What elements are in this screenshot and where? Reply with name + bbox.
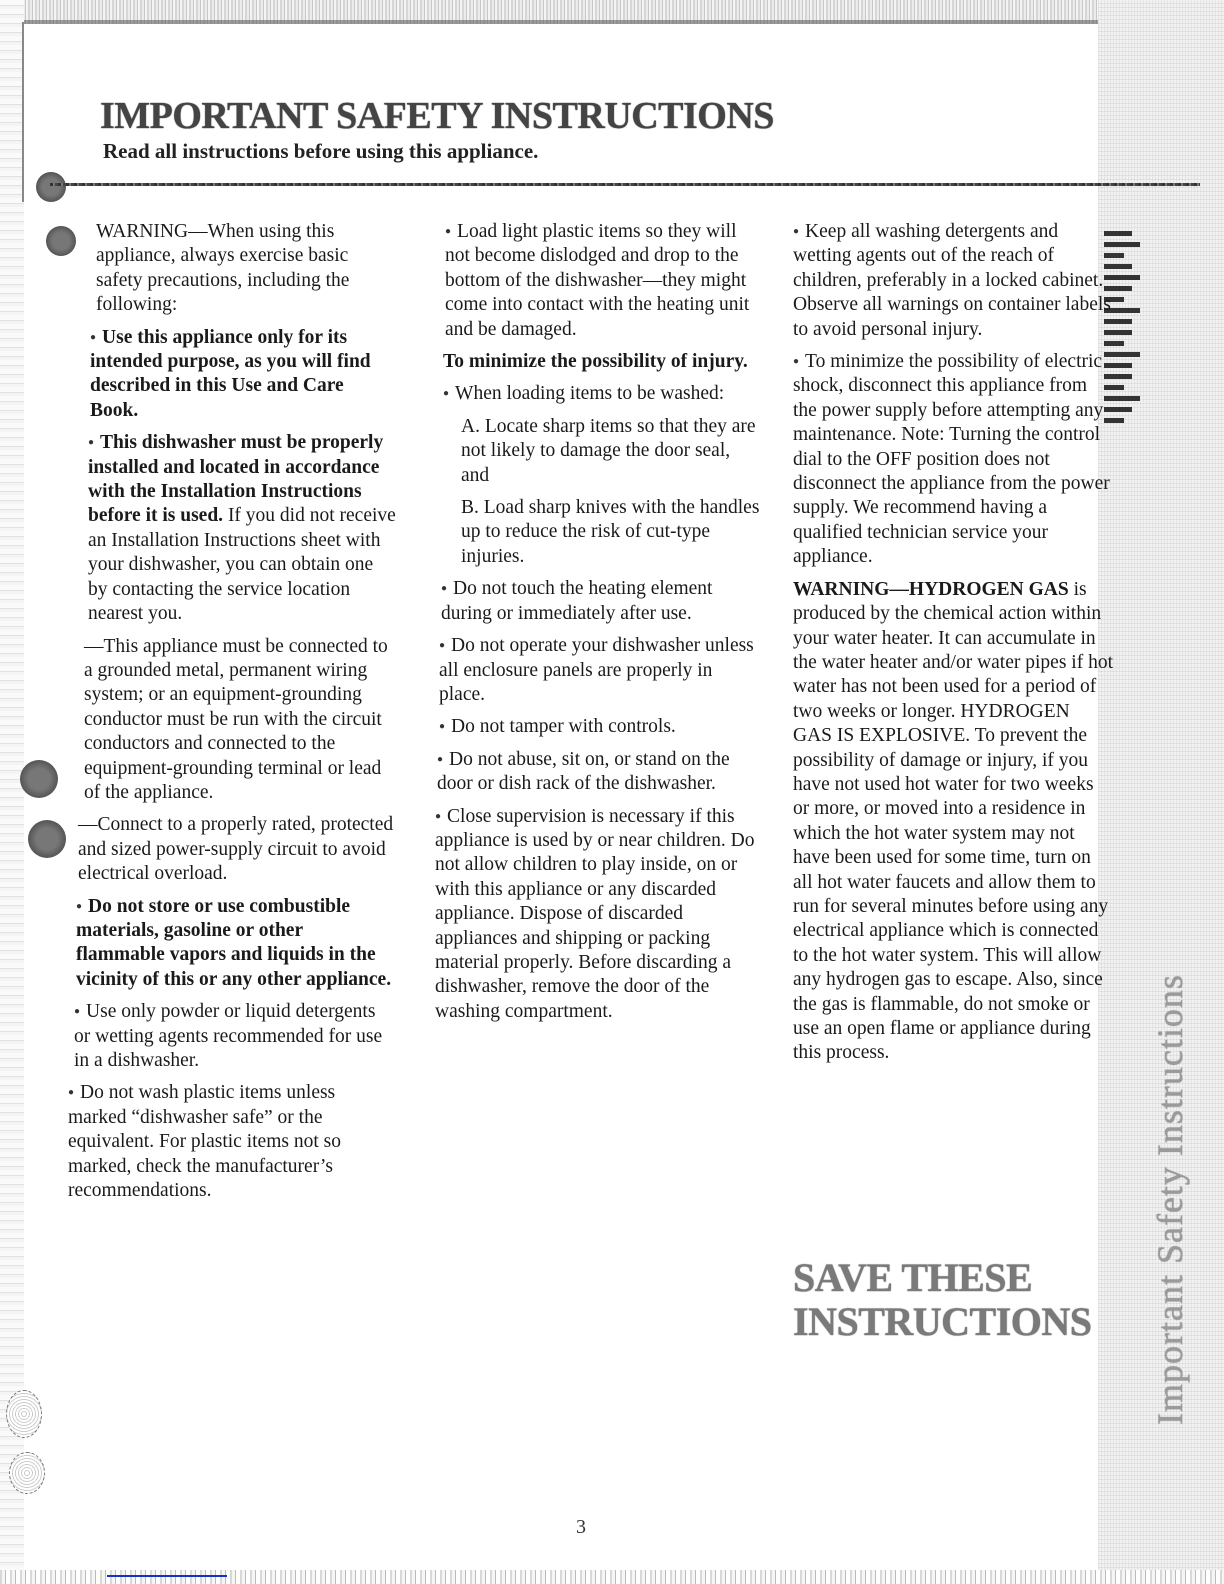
page-subtitle: Read all instructions before using this … xyxy=(103,139,538,164)
warning-intro: WARNING—When using this appliance, alway… xyxy=(66,220,396,318)
column-2: Load light plastic items so they will no… xyxy=(433,220,763,1032)
punch-hole-icon xyxy=(9,1452,45,1494)
page-number: 3 xyxy=(576,1516,586,1539)
section-heading-injury: To minimize the possibility of injury. xyxy=(433,350,763,374)
column-1: WARNING—When using this appliance, alway… xyxy=(66,220,396,1211)
instruction-intended-purpose: Use this appliance only for its intended… xyxy=(66,326,396,424)
instruction-door-rack: Do not abuse, sit on, or stand on the do… xyxy=(433,748,763,797)
column-3: Keep all washing detergents and wetting … xyxy=(793,220,1113,1074)
instruction-power-supply: —Connect to a properly rated, protected … xyxy=(66,813,396,886)
scan-edge-left xyxy=(0,0,24,1584)
instruction-heating-element: Do not touch the heating element during … xyxy=(433,577,763,626)
save-instructions-heading: SAVE THESE INSTRUCTIONS xyxy=(793,1256,1092,1344)
instruction-loading: When loading items to be washed: xyxy=(433,382,763,406)
scan-edge-left-line xyxy=(22,22,24,202)
instruction-plastic-items: Do not wash plastic items unless marked … xyxy=(66,1081,396,1203)
scan-edge-bottom xyxy=(0,1570,1224,1584)
instruction-grounding: —This appliance must be connected to a g… xyxy=(66,635,396,806)
warning-hydrogen-gas: WARNING—HYDROGEN GAS is produced by the … xyxy=(793,578,1113,1066)
header-divider xyxy=(50,183,1200,186)
punch-hole-icon xyxy=(28,820,66,858)
instruction-electric-shock: To minimize the possibility of electric … xyxy=(793,350,1113,570)
scan-mark-blue xyxy=(107,1575,227,1577)
next-page-thumbnails xyxy=(1104,225,1164,429)
punch-hole-icon xyxy=(6,1390,42,1438)
instruction-flammable: Do not store or use combustible material… xyxy=(66,895,396,993)
side-tab-label: Important Safety Instructions xyxy=(1150,905,1190,1425)
instruction-installation: This dishwasher must be properly install… xyxy=(66,431,396,626)
punch-hole-icon xyxy=(20,760,58,798)
instruction-loading-a: A. Locate sharp items so that they are n… xyxy=(433,415,763,488)
instruction-controls: Do not tamper with controls. xyxy=(433,715,763,739)
instruction-keep-detergents: Keep all washing detergents and wetting … xyxy=(793,220,1113,342)
instruction-load-plastic: Load light plastic items so they will no… xyxy=(433,220,763,342)
punch-hole-icon xyxy=(36,172,66,202)
hydrogen-warning-heading: WARNING—HYDROGEN GAS xyxy=(793,579,1069,600)
instruction-children: Close supervision is necessary if this a… xyxy=(433,805,763,1025)
instruction-loading-b: B. Load sharp knives with the handles up… xyxy=(433,496,763,569)
instruction-enclosure-panels: Do not operate your dishwasher unless al… xyxy=(433,634,763,707)
scan-edge-line xyxy=(24,20,1204,24)
page-title: IMPORTANT SAFETY INSTRUCTIONS xyxy=(100,94,774,138)
instruction-detergents: Use only powder or liquid detergents or … xyxy=(66,1000,396,1073)
